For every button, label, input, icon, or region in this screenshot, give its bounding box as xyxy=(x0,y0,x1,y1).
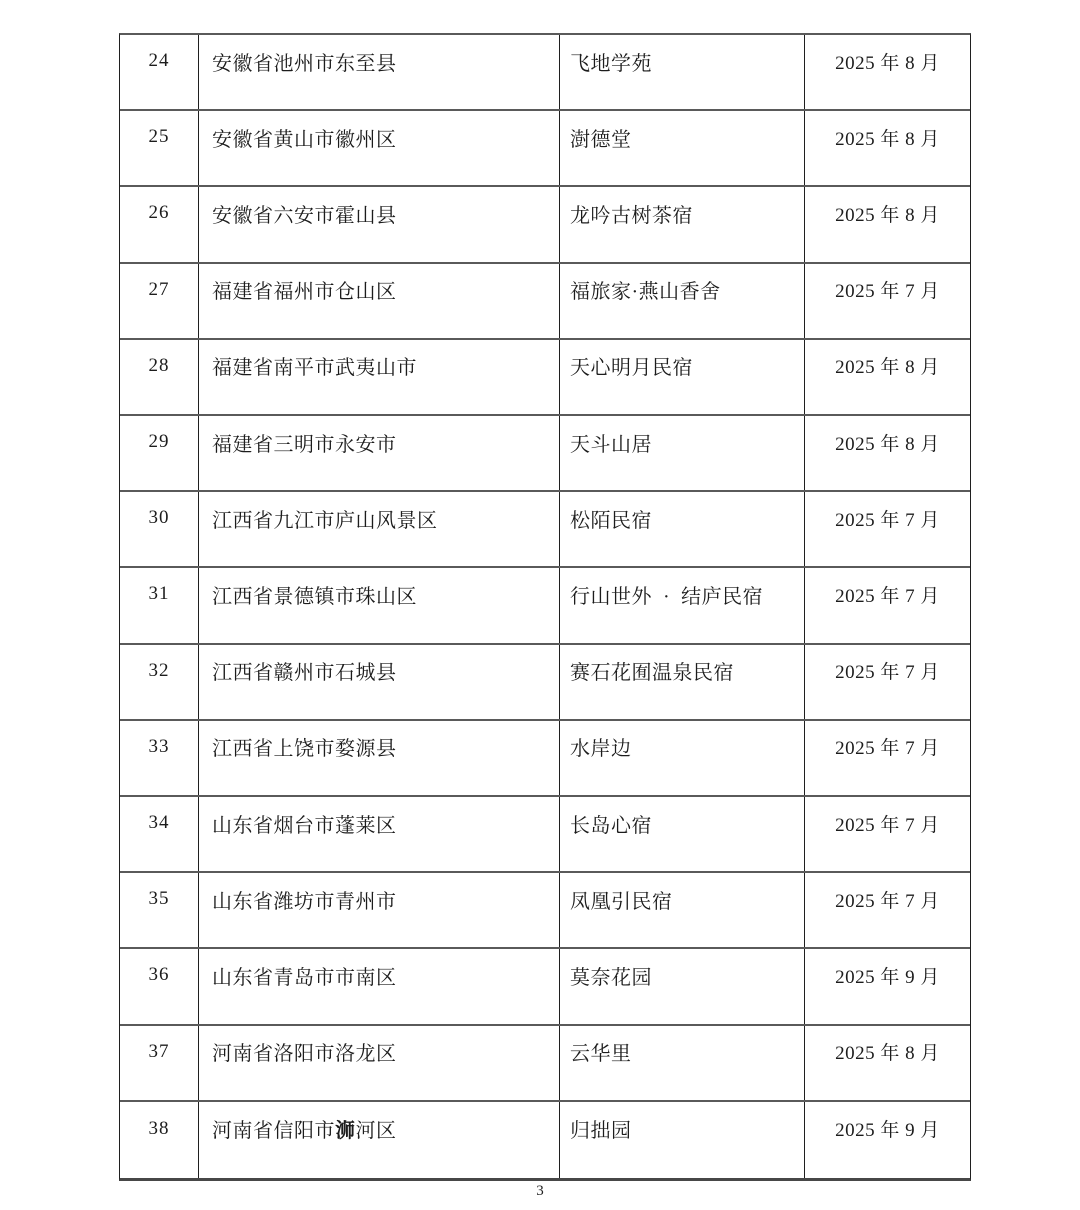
row-date: 2025 年 7 月 xyxy=(804,492,970,566)
row-number: 37 xyxy=(120,1026,198,1100)
row-number: 26 xyxy=(120,187,198,261)
row-number: 30 xyxy=(120,492,198,566)
location-text-segment: 山东省青岛市市南区 xyxy=(212,961,397,990)
row-location: 福建省南平市武夷山市 xyxy=(198,340,559,414)
row-location: 河南省信阳市浉河区 xyxy=(198,1102,559,1178)
row-number: 35 xyxy=(120,873,198,947)
row-location: 福建省福州市仓山区 xyxy=(198,264,559,338)
table-row: 34 山东省烟台市蓬莱区 长岛心宿 2025 年 7 月 xyxy=(120,797,970,873)
row-date: 2025 年 9 月 xyxy=(804,1102,970,1178)
row-date: 2025 年 7 月 xyxy=(804,797,970,871)
table-row: 30 江西省九江市庐山风景区 松陌民宿 2025 年 7 月 xyxy=(120,492,970,568)
row-homestay-name: 凤凰引民宿 xyxy=(559,873,804,947)
table-row: 26 安徽省六安市霍山县 龙吟古树茶宿 2025 年 8 月 xyxy=(120,187,970,263)
row-homestay-name: 水岸边 xyxy=(559,721,804,795)
row-date: 2025 年 7 月 xyxy=(804,873,970,947)
location-text-segment: 福建省三明市永安市 xyxy=(212,428,397,457)
row-homestay-name: 龙吟古树茶宿 xyxy=(559,187,804,261)
row-location: 安徽省池州市东至县 xyxy=(198,35,559,109)
location-text-segment: 河区 xyxy=(356,1114,397,1143)
location-text-segment: 福建省福州市仓山区 xyxy=(212,275,397,304)
row-homestay-name: 云华里 xyxy=(559,1026,804,1100)
row-location: 山东省烟台市蓬莱区 xyxy=(198,797,559,871)
row-number: 29 xyxy=(120,416,198,490)
row-location: 河南省洛阳市洛龙区 xyxy=(198,1026,559,1100)
homestay-table: 24 安徽省池州市东至县 飞地学苑 2025 年 8 月 25 安徽省黄山市徽州… xyxy=(119,33,971,1181)
table-row: 27 福建省福州市仓山区 福旅家·燕山香舍 2025 年 7 月 xyxy=(120,264,970,340)
page-number: 3 xyxy=(0,1183,1080,1200)
table-row: 28 福建省南平市武夷山市 天心明月民宿 2025 年 8 月 xyxy=(120,340,970,416)
row-date: 2025 年 7 月 xyxy=(804,568,970,642)
row-date: 2025 年 7 月 xyxy=(804,264,970,338)
row-location: 江西省九江市庐山风景区 xyxy=(198,492,559,566)
row-date: 2025 年 8 月 xyxy=(804,416,970,490)
row-number: 36 xyxy=(120,949,198,1023)
row-homestay-name: 长岛心宿 xyxy=(559,797,804,871)
table-row: 37 河南省洛阳市洛龙区 云华里 2025 年 8 月 xyxy=(120,1026,970,1102)
row-location: 山东省青岛市市南区 xyxy=(198,949,559,1023)
row-date: 2025 年 8 月 xyxy=(804,111,970,185)
row-location: 江西省景德镇市珠山区 xyxy=(198,568,559,642)
row-number: 28 xyxy=(120,340,198,414)
fallback-font-character: 浉 xyxy=(335,1114,356,1143)
row-date: 2025 年 8 月 xyxy=(804,1026,970,1100)
table-row: 36 山东省青岛市市南区 莫奈花园 2025 年 9 月 xyxy=(120,949,970,1025)
row-homestay-name: 天斗山居 xyxy=(559,416,804,490)
location-text-segment: 安徽省六安市霍山县 xyxy=(212,199,397,228)
row-location: 福建省三明市永安市 xyxy=(198,416,559,490)
location-text-segment: 江西省九江市庐山风景区 xyxy=(212,504,438,533)
row-homestay-name: 澍德堂 xyxy=(559,111,804,185)
row-location: 山东省潍坊市青州市 xyxy=(198,873,559,947)
row-number: 33 xyxy=(120,721,198,795)
location-text-segment: 安徽省黄山市徽州区 xyxy=(212,123,397,152)
row-location: 安徽省黄山市徽州区 xyxy=(198,111,559,185)
location-text-segment: 山东省烟台市蓬莱区 xyxy=(212,809,397,838)
row-homestay-name: 赛石花囿温泉民宿 xyxy=(559,645,804,719)
row-homestay-name: 行山世外 · 结庐民宿 xyxy=(559,568,804,642)
table-row: 35 山东省潍坊市青州市 凤凰引民宿 2025 年 7 月 xyxy=(120,873,970,949)
table-row: 29 福建省三明市永安市 天斗山居 2025 年 8 月 xyxy=(120,416,970,492)
table-row: 33 江西省上饶市婺源县 水岸边 2025 年 7 月 xyxy=(120,721,970,797)
location-text-segment: 河南省洛阳市洛龙区 xyxy=(212,1037,397,1066)
table-row: 24 安徽省池州市东至县 飞地学苑 2025 年 8 月 xyxy=(120,35,970,111)
location-text-segment: 福建省南平市武夷山市 xyxy=(212,351,417,380)
row-homestay-name: 松陌民宿 xyxy=(559,492,804,566)
row-date: 2025 年 8 月 xyxy=(804,187,970,261)
row-homestay-name: 飞地学苑 xyxy=(559,35,804,109)
row-homestay-name: 莫奈花园 xyxy=(559,949,804,1023)
row-number: 34 xyxy=(120,797,198,871)
table-row: 31 江西省景德镇市珠山区 行山世外 · 结庐民宿 2025 年 7 月 xyxy=(120,568,970,644)
row-number: 31 xyxy=(120,568,198,642)
row-homestay-name: 归拙园 xyxy=(559,1102,804,1178)
row-date: 2025 年 8 月 xyxy=(804,35,970,109)
row-number: 38 xyxy=(120,1102,198,1178)
row-number: 25 xyxy=(120,111,198,185)
location-text-segment: 江西省上饶市婺源县 xyxy=(212,732,397,761)
table-row: 32 江西省赣州市石城县 赛石花囿温泉民宿 2025 年 7 月 xyxy=(120,645,970,721)
location-text-segment: 安徽省池州市东至县 xyxy=(212,47,397,76)
row-homestay-name: 天心明月民宿 xyxy=(559,340,804,414)
row-number: 27 xyxy=(120,264,198,338)
row-date: 2025 年 7 月 xyxy=(804,645,970,719)
row-number: 32 xyxy=(120,645,198,719)
location-text-segment: 河南省信阳市 xyxy=(212,1114,335,1143)
row-location: 江西省赣州市石城县 xyxy=(198,645,559,719)
row-homestay-name: 福旅家·燕山香舍 xyxy=(559,264,804,338)
location-text-segment: 江西省景德镇市珠山区 xyxy=(212,580,417,609)
row-location: 江西省上饶市婺源县 xyxy=(198,721,559,795)
row-date: 2025 年 9 月 xyxy=(804,949,970,1023)
table-row: 25 安徽省黄山市徽州区 澍德堂 2025 年 8 月 xyxy=(120,111,970,187)
location-text-segment: 江西省赣州市石城县 xyxy=(212,656,397,685)
row-date: 2025 年 7 月 xyxy=(804,721,970,795)
table-row: 38 河南省信阳市浉河区 归拙园 2025 年 9 月 xyxy=(120,1102,970,1178)
row-date: 2025 年 8 月 xyxy=(804,340,970,414)
row-number: 24 xyxy=(120,35,198,109)
location-text-segment: 山东省潍坊市青州市 xyxy=(212,885,397,914)
row-location: 安徽省六安市霍山县 xyxy=(198,187,559,261)
